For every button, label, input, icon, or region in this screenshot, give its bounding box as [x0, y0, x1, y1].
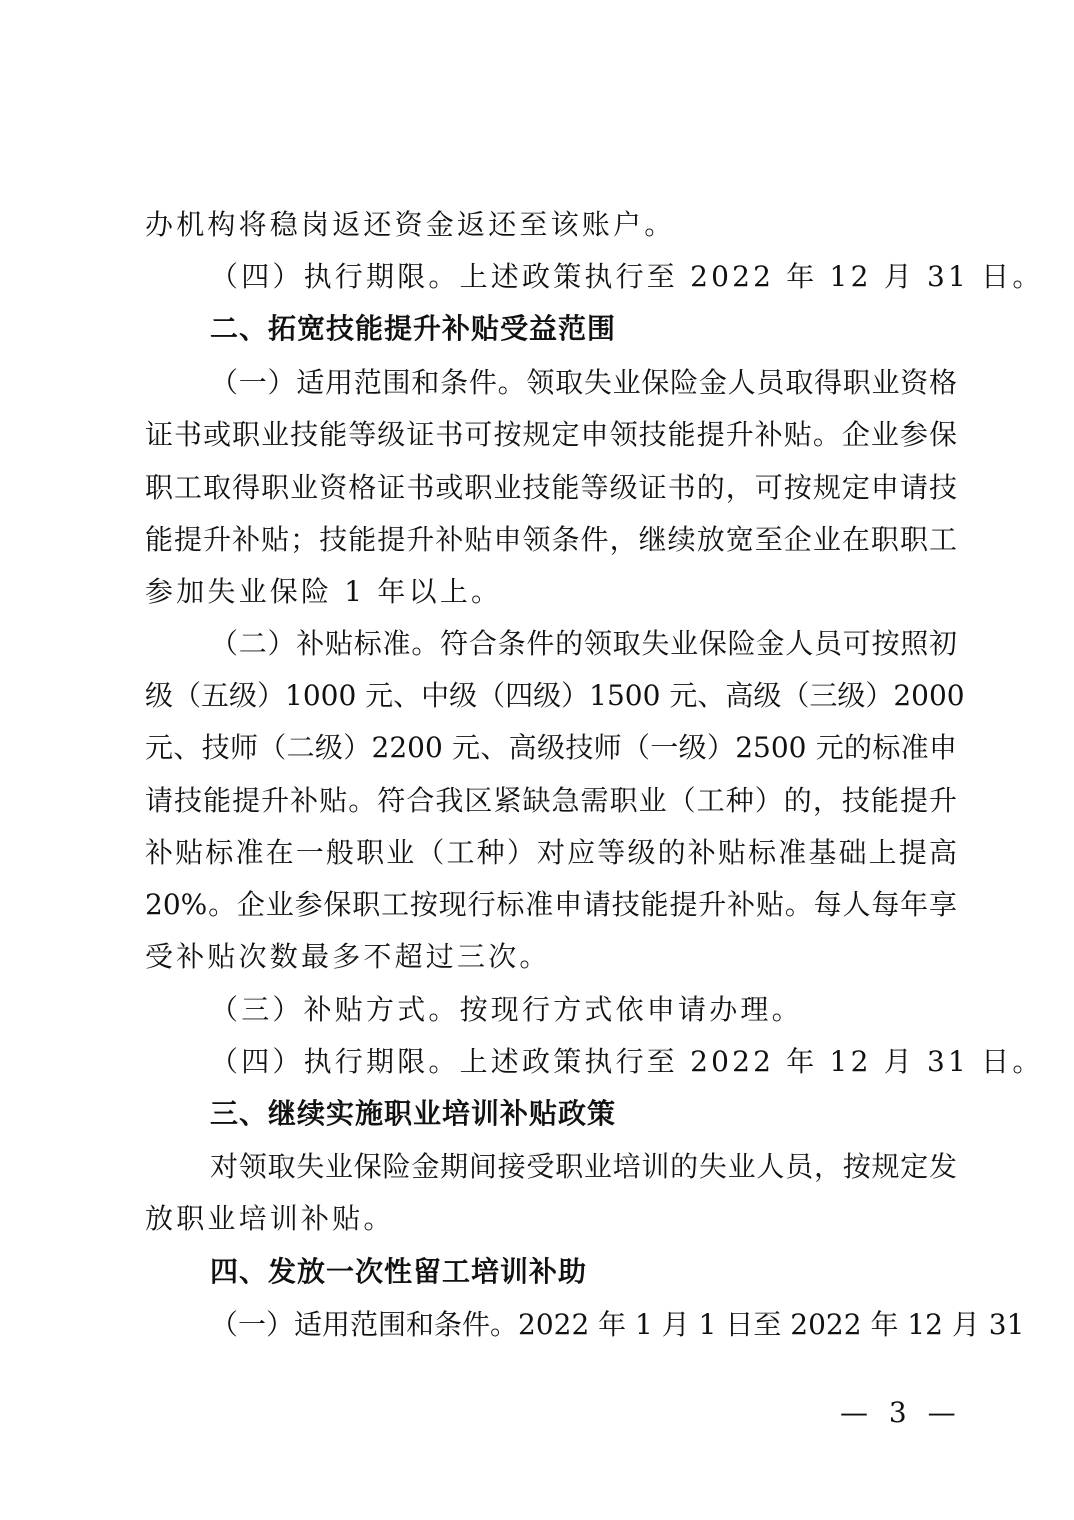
text-line: 对领取失业保险金期间接受职业培训的失业人员，按规定发: [210, 1140, 957, 1194]
text-line: 20%。企业参保职工按现行标准申请技能提升补贴。每人每年享: [145, 878, 957, 932]
page-number: — 3 —: [840, 1393, 962, 1433]
text-line: 放职业培训补贴。: [145, 1192, 957, 1246]
text-line: 级（五级）1000 元、中级（四级）1500 元、高级（三级）2000: [145, 669, 957, 723]
text-line: 办机构将稳岗返还资金返还至该账户。: [145, 198, 957, 252]
text-line: （一）适用范围和条件。领取失业保险金人员取得职业资格: [210, 356, 957, 410]
text-line: 职工取得职业资格证书或职业技能等级证书的，可按规定申请技: [145, 461, 957, 515]
text-line: （四）执行期限。上述政策执行至 2022 年 12 月 31 日。: [210, 1035, 957, 1089]
text-line: （一）适用范围和条件。2022 年 1 月 1 日至 2022 年 12 月 3…: [210, 1298, 957, 1352]
text-line: （三）补贴方式。按现行方式依申请办理。: [210, 983, 957, 1037]
text-line: 证书或职业技能等级证书可按规定申领技能提升补贴。企业参保: [145, 408, 957, 462]
section-heading: 三、继续实施职业培训补贴政策: [210, 1087, 957, 1141]
text-line: （四）执行期限。上述政策执行至 2022 年 12 月 31 日。: [210, 250, 957, 304]
text-line: （二）补贴标准。符合条件的领取失业保险金人员可按照初: [210, 617, 957, 671]
text-line: 受补贴次数最多不超过三次。: [145, 930, 957, 984]
text-line: 元、技师（二级）2200 元、高级技师（一级）2500 元的标准申: [145, 721, 957, 775]
text-line: 请技能提升补贴。符合我区紧缺急需职业（工种）的，技能提升: [145, 774, 957, 828]
text-line: 补贴标准在一般职业（工种）对应等级的补贴标准基础上提高: [145, 826, 957, 880]
text-line: 参加失业保险 1 年以上。: [145, 565, 957, 619]
document-page: 办机构将稳岗返还资金返还至该账户。 （四）执行期限。上述政策执行至 2022 年…: [0, 0, 1074, 1520]
text-line: 能提升补贴；技能提升补贴申领条件，继续放宽至企业在职职工: [145, 513, 957, 567]
section-heading: 二、拓宽技能提升补贴受益范围: [210, 302, 957, 356]
section-heading: 四、发放一次性留工培训补助: [210, 1245, 957, 1299]
